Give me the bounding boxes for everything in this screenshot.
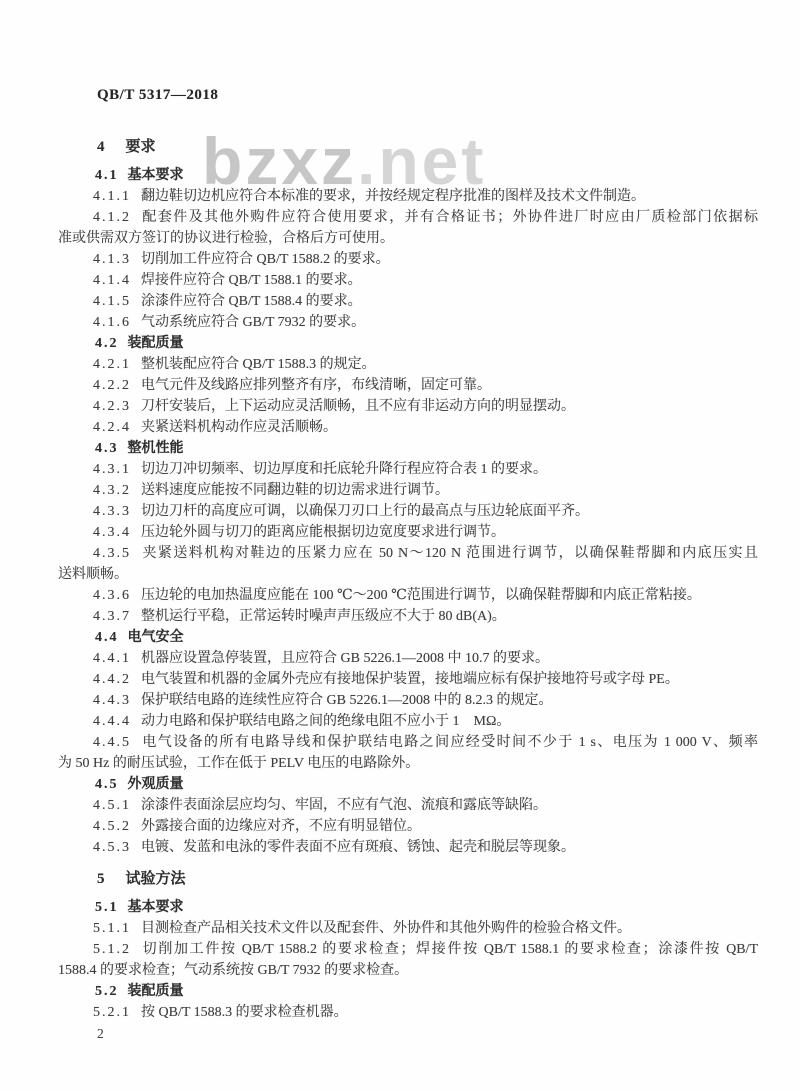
clause-text: 夹紧送料机构动作应灵活顺畅。 <box>141 420 337 435</box>
clause-text: 基本要求 <box>128 168 184 183</box>
clause-text: 整机装配应符合 QB/T 1588.3 的规定。 <box>141 357 376 372</box>
clause-number: 4.4.4 <box>93 714 131 729</box>
clause-text: 准或供需双方签订的协议进行检验，合格后方可使用。 <box>58 231 394 246</box>
clause-text: 整机性能 <box>128 441 184 456</box>
clause-text: 压边轮外圆与切刀的距离应能根据切边宽度要求进行调节。 <box>141 525 505 540</box>
subsection-heading: 5.1基本要求 <box>58 897 758 918</box>
clause-number: 4.5.3 <box>93 840 131 855</box>
clause: 4.3.4压边轮外圆与切刀的距离应能根据切边宽度要求进行调节。 <box>58 522 758 543</box>
clause: 4.1.3切削加工件应符合 QB/T 1588.2 的要求。 <box>58 249 758 270</box>
clause-number: 4.4.2 <box>93 672 131 687</box>
standard-code-header: QB/T 5317—2018 <box>97 85 758 106</box>
clause-text: 机器应设置急停装置，且应符合 GB 5226.1—2008 中 10.7 的要求… <box>141 651 549 666</box>
clause-text: 电气设备的所有电路导线和保护联结电路之间应经受时间不少于 1 s、电压为 1 0… <box>141 735 758 750</box>
clause-number: 4.3 <box>95 441 119 456</box>
clause-number: 5.1 <box>95 900 119 915</box>
clause: 4.1.2配套件及其他外购件应符合使用要求，并有合格证书；外协件进厂时应由厂质检… <box>58 207 758 228</box>
clause: 5.2.1按 QB/T 1588.3 的要求检查机器。 <box>58 1002 758 1023</box>
clause: 4.1.5涂漆件应符合 QB/T 1588.4 的要求。 <box>58 291 758 312</box>
clause-text: 夹紧送料机构对鞋边的压紧力应在 50 N～120 N 范围进行调节，以确保鞋帮脚… <box>141 546 758 561</box>
section-heading: 5试验方法 <box>58 869 758 890</box>
clause: 4.2.2电气元件及线路应排列整齐有序，布线清晰，固定可靠。 <box>58 375 758 396</box>
clause: 4.1.6气动系统应符合 GB/T 7932 的要求。 <box>58 312 758 333</box>
clause: 4.5.1涂漆件表面涂层应均匀、牢固，不应有气泡、流痕和露底等缺陷。 <box>58 795 758 816</box>
clause-number: 5.1.2 <box>93 942 131 957</box>
clause-text: 装配质量 <box>128 984 184 999</box>
clause-number: 5 <box>97 871 106 887</box>
clause-number: 4.3.7 <box>93 609 131 624</box>
clause-number: 4.1.4 <box>93 273 131 288</box>
clause-number: 5.2.1 <box>93 1005 131 1020</box>
clause-text: 配套件及其他外购件应符合使用要求，并有合格证书；外协件进厂时应由厂质检部门依据标 <box>141 210 758 225</box>
clause: 4.1.4焊接件应符合 QB/T 1588.1 的要求。 <box>58 270 758 291</box>
clause-text: 外观质量 <box>128 777 184 792</box>
clause-number: 5.2 <box>95 984 119 999</box>
clause-number: 4.4.5 <box>93 735 131 750</box>
clause-number: 4.3.5 <box>93 546 131 561</box>
clause-number: 5.1.1 <box>93 921 131 936</box>
clause-number: 4.1 <box>95 168 119 183</box>
clause-text: 翻边鞋切边机应符合本标准的要求，并按经规定程序批准的图样及技术文件制造。 <box>141 189 645 204</box>
clause-text: 试验方法 <box>126 871 186 887</box>
clause-continuation: 送料顺畅。 <box>58 564 758 585</box>
clause: 5.1.1目测检查产品相关技术文件以及配套件、外协件和其他外购件的检验合格文件。 <box>58 918 758 939</box>
clause: 4.3.3切边刀杆的高度应可调，以确保刀刃口上行的最高点与压边轮底面平齐。 <box>58 501 758 522</box>
clause-number: 4.5.2 <box>93 819 131 834</box>
clause-text: 外露接合面的边缘应对齐，不应有明显错位。 <box>141 819 421 834</box>
clause-text: 涂漆件表面涂层应均匀、牢固，不应有气泡、流痕和露底等缺陷。 <box>141 798 547 813</box>
clause-text: 切边刀冲切频率、切边厚度和托底轮升降行程应符合表 1 的要求。 <box>141 462 547 477</box>
section-heading: 4要求 <box>58 137 758 158</box>
clause: 4.2.4夹紧送料机构动作应灵活顺畅。 <box>58 417 758 438</box>
subsection-heading: 4.3整机性能 <box>58 438 758 459</box>
clause-text: 电镀、发蓝和电泳的零件表面不应有斑痕、锈蚀、起壳和脱层等现象。 <box>141 840 575 855</box>
clause-number: 4.5.1 <box>93 798 131 813</box>
clause-text: 送料速度应能按不同翻边鞋的切边需求进行调节。 <box>141 483 449 498</box>
clause-text: 按 QB/T 1588.3 的要求检查机器。 <box>141 1005 348 1020</box>
clause: 4.5.3电镀、发蓝和电泳的零件表面不应有斑痕、锈蚀、起壳和脱层等现象。 <box>58 837 758 858</box>
clause-number: 4.1.1 <box>93 189 131 204</box>
document-page: bzxz.net QB/T 5317—2018 4要求4.1基本要求4.1.1翻… <box>0 0 800 1090</box>
clause: 4.4.5电气设备的所有电路导线和保护联结电路之间应经受时间不少于 1 s、电压… <box>58 732 758 753</box>
clause-text: 压边轮的电加热温度应能在 100 ℃～200 ℃范围进行调节，以确保鞋帮脚和内底… <box>141 588 701 603</box>
clause-text: 切边刀杆的高度应可调，以确保刀刃口上行的最高点与压边轮底面平齐。 <box>141 504 589 519</box>
clause-number: 4.2.1 <box>93 357 131 372</box>
clause: 5.1.2切削加工件按 QB/T 1588.2 的要求检查；焊接件按 QB/T … <box>58 939 758 960</box>
clause-number: 4.3.6 <box>93 588 131 603</box>
clause-text: 目测检查产品相关技术文件以及配套件、外协件和其他外购件的检验合格文件。 <box>141 921 631 936</box>
clause: 4.2.3刀杆安装后，上下运动应灵活顺畅，且不应有非运动方向的明显摆动。 <box>58 396 758 417</box>
clause-number: 4.3.1 <box>93 462 131 477</box>
clause-text: 为 50 Hz 的耐压试验，工作在低于 PELV 电压的电路除外。 <box>58 756 419 771</box>
clause: 4.4.3保护联结电路的连续性应符合 GB 5226.1—2008 中的 8.2… <box>58 690 758 711</box>
subsection-heading: 4.1基本要求 <box>58 165 758 186</box>
clause-number: 4.5 <box>95 777 119 792</box>
clause: 4.3.2送料速度应能按不同翻边鞋的切边需求进行调节。 <box>58 480 758 501</box>
clause-text: 动力电路和保护联结电路之间的绝缘电阻不应小于 1 MΩ。 <box>141 714 510 729</box>
clause-number: 4.1.3 <box>93 252 131 267</box>
clause-number: 4.1.6 <box>93 315 131 330</box>
subsection-heading: 4.2装配质量 <box>58 333 758 354</box>
clause-text: 1588.4 的要求检查；气动系统按 GB/T 7932 的要求检查。 <box>58 963 408 978</box>
clause: 4.5.2外露接合面的边缘应对齐，不应有明显错位。 <box>58 816 758 837</box>
clause-number: 4.1.5 <box>93 294 131 309</box>
clause-number: 4.4.3 <box>93 693 131 708</box>
page-content: QB/T 5317—2018 4要求4.1基本要求4.1.1翻边鞋切边机应符合本… <box>58 0 758 1044</box>
clause-continuation: 1588.4 的要求检查；气动系统按 GB/T 7932 的要求检查。 <box>58 960 758 981</box>
clause-number: 4.2.4 <box>93 420 131 435</box>
clause-text: 刀杆安装后，上下运动应灵活顺畅，且不应有非运动方向的明显摆动。 <box>141 399 575 414</box>
clause: 4.3.6压边轮的电加热温度应能在 100 ℃～200 ℃范围进行调节，以确保鞋… <box>58 585 758 606</box>
clause-number: 4.1.2 <box>93 210 131 225</box>
clause-text: 涂漆件应符合 QB/T 1588.4 的要求。 <box>141 294 362 309</box>
clause-number: 4 <box>97 139 106 155</box>
clause: 4.4.2电气装置和机器的金属外壳应有接地保护装置，接地端应标有保护接地符号或字… <box>58 669 758 690</box>
subsection-heading: 4.5外观质量 <box>58 774 758 795</box>
clause-text: 整机运行平稳，正常运转时噪声声压级应不大于 80 dB(A)。 <box>141 609 506 624</box>
subsection-heading: 5.2装配质量 <box>58 981 758 1002</box>
clause: 4.3.5夹紧送料机构对鞋边的压紧力应在 50 N～120 N 范围进行调节，以… <box>58 543 758 564</box>
clause-text: 电气安全 <box>128 630 184 645</box>
clause-text: 保护联结电路的连续性应符合 GB 5226.1—2008 中的 8.2.3 的规… <box>141 693 552 708</box>
clause: 4.1.1翻边鞋切边机应符合本标准的要求，并按经规定程序批准的图样及技术文件制造… <box>58 186 758 207</box>
clause-number: 4.2.3 <box>93 399 131 414</box>
clause-number: 4.2.2 <box>93 378 131 393</box>
clause: 4.3.7整机运行平稳，正常运转时噪声声压级应不大于 80 dB(A)。 <box>58 606 758 627</box>
clause-text: 电气元件及线路应排列整齐有序，布线清晰，固定可靠。 <box>141 378 491 393</box>
clause-number: 4.3.2 <box>93 483 131 498</box>
clause-text: 送料顺畅。 <box>58 567 128 582</box>
clause: 4.4.1机器应设置急停装置，且应符合 GB 5226.1—2008 中 10.… <box>58 648 758 669</box>
clause-number: 4.3.3 <box>93 504 131 519</box>
clause-number: 4.4 <box>95 630 119 645</box>
clause-number: 4.4.1 <box>93 651 131 666</box>
subsection-heading: 4.4电气安全 <box>58 627 758 648</box>
clause: 4.3.1切边刀冲切频率、切边厚度和托底轮升降行程应符合表 1 的要求。 <box>58 459 758 480</box>
clause-continuation: 为 50 Hz 的耐压试验，工作在低于 PELV 电压的电路除外。 <box>58 753 758 774</box>
clause-lines: 4要求4.1基本要求4.1.1翻边鞋切边机应符合本标准的要求，并按经规定程序批准… <box>58 137 758 1023</box>
clause-number: 4.2 <box>95 336 119 351</box>
clause-text: 基本要求 <box>128 900 184 915</box>
clause-text: 焊接件应符合 QB/T 1588.1 的要求。 <box>141 273 362 288</box>
clause-text: 切削加工件按 QB/T 1588.2 的要求检查；焊接件按 QB/T 1588.… <box>141 942 758 957</box>
clause-text: 切削加工件应符合 QB/T 1588.2 的要求。 <box>141 252 390 267</box>
clause: 4.2.1整机装配应符合 QB/T 1588.3 的规定。 <box>58 354 758 375</box>
clause-text: 要求 <box>126 139 156 155</box>
clause-text: 装配质量 <box>128 336 184 351</box>
page-number: 2 <box>97 1023 758 1044</box>
clause-text: 气动系统应符合 GB/T 7932 的要求。 <box>141 315 365 330</box>
clause-continuation: 准或供需双方签订的协议进行检验，合格后方可使用。 <box>58 228 758 249</box>
clause-text: 电气装置和机器的金属外壳应有接地保护装置，接地端应标有保护接地符号或字母 PE。 <box>141 672 679 687</box>
clause: 4.4.4动力电路和保护联结电路之间的绝缘电阻不应小于 1 MΩ。 <box>58 711 758 732</box>
clause-number: 4.3.4 <box>93 525 131 540</box>
